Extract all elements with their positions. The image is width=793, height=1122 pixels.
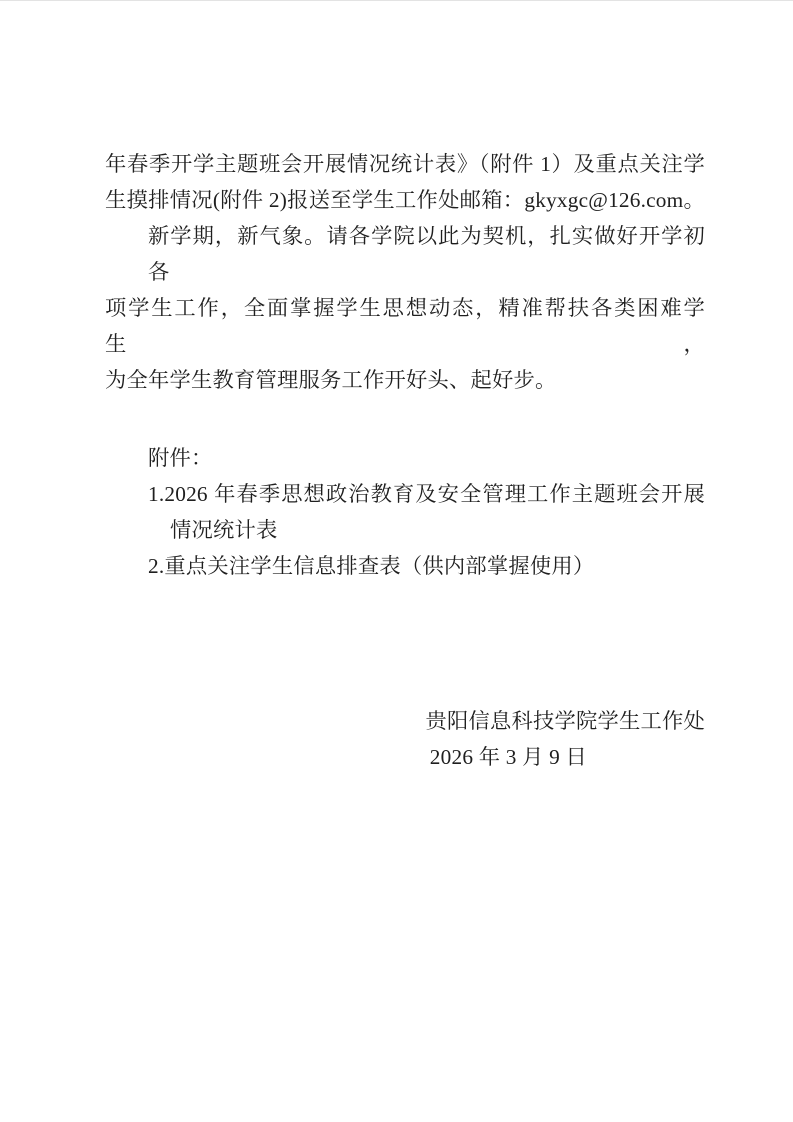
page-top-edge xyxy=(0,0,793,1)
attachment-item-1-line-1: 1.2026 年春季思想政治教育及安全管理工作主题班会开展 xyxy=(105,476,705,512)
signature-block: 贵阳信息科技学院学生工作处 2026 年 3 月 9 日 xyxy=(105,703,705,775)
paragraph-report-continuation: 年春季开学主题班会开展情况统计表》（附件 1）及重点关注学 生摸排情况(附件 2… xyxy=(105,146,705,218)
attachment-item-2: 2.重点关注学生信息排查表（供内部掌握使用） xyxy=(105,548,705,584)
report-paragraph-line-2: 生摸排情况(附件 2)报送至学生工作处邮箱：gkyxgc@126.com。 xyxy=(105,182,705,218)
new-term-paragraph-line-2: 项学生工作，全面掌握学生思想动态，精准帮扶各类困难学生， xyxy=(105,290,705,362)
attachment-item-1-line-2: 情况统计表 xyxy=(105,512,705,548)
document-body: 年春季开学主题班会开展情况统计表》（附件 1）及重点关注学 生摸排情况(附件 2… xyxy=(105,146,705,775)
signature-organization: 贵阳信息科技学院学生工作处 xyxy=(105,703,705,739)
signature-date: 2026 年 3 月 9 日 xyxy=(105,739,705,775)
document-page: 年春季开学主题班会开展情况统计表》（附件 1）及重点关注学 生摸排情况(附件 2… xyxy=(0,0,793,1122)
attachments-label: 附件： xyxy=(105,440,705,476)
new-term-paragraph-line-3: 为全年学生教育管理服务工作开好头、起好步。 xyxy=(105,362,705,398)
new-term-paragraph-line-1: 新学期，新气象。请各学院以此为契机，扎实做好开学初各 xyxy=(105,218,705,290)
paragraph-new-term: 新学期，新气象。请各学院以此为契机，扎实做好开学初各 项学生工作，全面掌握学生思… xyxy=(105,218,705,398)
attachments-section: 附件： 1.2026 年春季思想政治教育及安全管理工作主题班会开展 情况统计表 … xyxy=(105,440,705,584)
report-paragraph-line-1: 年春季开学主题班会开展情况统计表》（附件 1）及重点关注学 xyxy=(105,146,705,182)
